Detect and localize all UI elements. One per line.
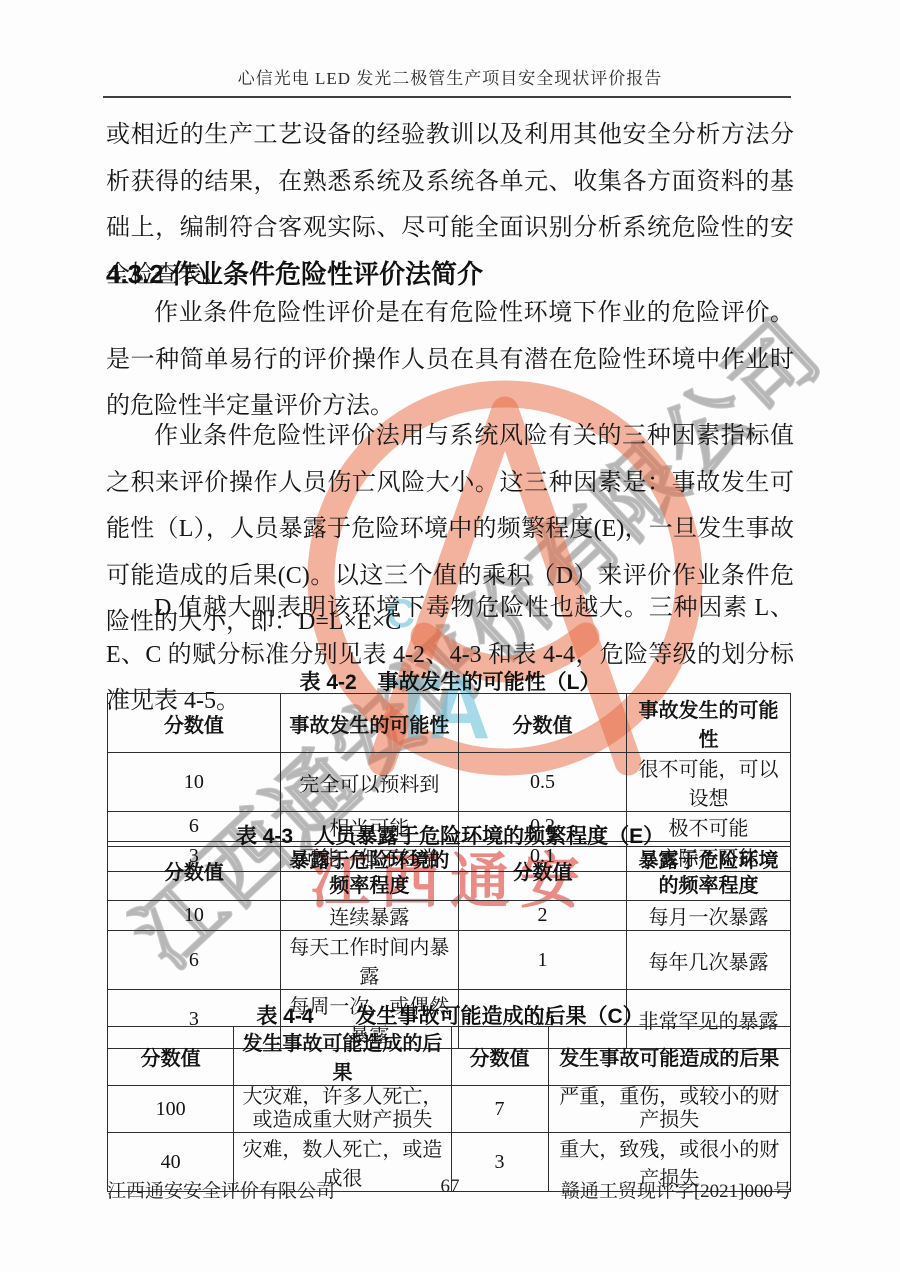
table-cell: 0.5 — [459, 753, 627, 812]
table-cell: 完全可以预料到 — [280, 753, 458, 812]
table-header-cell: 分数值 — [459, 694, 627, 753]
table-header-cell: 发生事故可能造成的后果 — [234, 1027, 451, 1086]
paragraph-1: 作业条件危险性评价是在有危险性环境下作业的危险评价。是一种简单易行的评价操作人员… — [106, 290, 794, 430]
table-cell: 大灾难，许多人死亡，或造成重大财产损失 — [234, 1086, 451, 1133]
table-header-cell: 发生事故可能造成的后果 — [548, 1027, 790, 1086]
table-cell: 10 — [108, 901, 281, 931]
table-header-cell: 分数值 — [108, 694, 281, 753]
table-cell: 1 — [459, 931, 627, 990]
table-cell: 连续暴露 — [280, 901, 458, 931]
table-header-cell: 事故发生的可能性 — [627, 694, 791, 753]
table-4-2-title: 表 4-2 事故发生的可能性（L） — [106, 666, 794, 696]
footer-doc-number: 赣通工贸现评字[2021]000号 — [107, 1176, 792, 1203]
report-page: 江西通安评价有限公司 C TA 江西通安 心信光电 LED 发光二极管生产项目安… — [0, 0, 900, 1272]
table-row: 10 完全可以预料到 0.5 很不可能，可以设想 — [108, 753, 791, 812]
table-header-cell: 暴露于危险环境的频率程度 — [280, 847, 458, 901]
table-header-row: 分数值 发生事故可能造成的后果 分数值 发生事故可能造成的后果 — [108, 1027, 791, 1086]
table-header-cell: 分数值 — [459, 847, 627, 901]
table-header-cell: 事故发生的可能性 — [280, 694, 458, 753]
page-header-title: 心信光电 LED 发光二极管生产项目安全现状评价报告 — [0, 64, 900, 89]
table-header-cell: 分数值 — [108, 1027, 234, 1086]
table-cell: 100 — [108, 1086, 234, 1133]
table-cell: 每月一次暴露 — [627, 901, 791, 931]
table-header-cell: 分数值 — [108, 847, 281, 901]
table-cell: 很不可能，可以设想 — [627, 753, 791, 812]
table-cell: 10 — [108, 753, 281, 812]
table-cell: 每天工作时间内暴露 — [280, 931, 458, 990]
table-row: 6 每天工作时间内暴露 1 每年几次暴露 — [108, 931, 791, 990]
table-row: 10 连续暴露 2 每月一次暴露 — [108, 901, 791, 931]
table-cell: 7 — [451, 1086, 548, 1133]
table-header-row: 分数值 事故发生的可能性 分数值 事故发生的可能性 — [108, 694, 791, 753]
table-4-4: 分数值 发生事故可能造成的后果 分数值 发生事故可能造成的后果 100 大灾难，… — [107, 1026, 791, 1192]
table-cell: 2 — [459, 901, 627, 931]
table-cell: 6 — [108, 931, 281, 990]
table-header-cell: 分数值 — [451, 1027, 548, 1086]
table-row: 100 大灾难，许多人死亡，或造成重大财产损失 7 严重，重伤，或较小的财产损失 — [108, 1086, 791, 1133]
table-cell: 严重，重伤，或较小的财产损失 — [548, 1086, 790, 1133]
table-header-row: 分数值 暴露于危险环境的频率程度 分数值 暴露于危险环境的频率程度 — [108, 847, 791, 901]
table-header-cell: 暴露于危险环境的频率程度 — [627, 847, 791, 901]
section-heading-4-3-2: 4.3.2 作业条件危险性评价法简介 — [106, 254, 794, 291]
table-cell: 每年几次暴露 — [627, 931, 791, 990]
header-rule — [103, 96, 791, 98]
